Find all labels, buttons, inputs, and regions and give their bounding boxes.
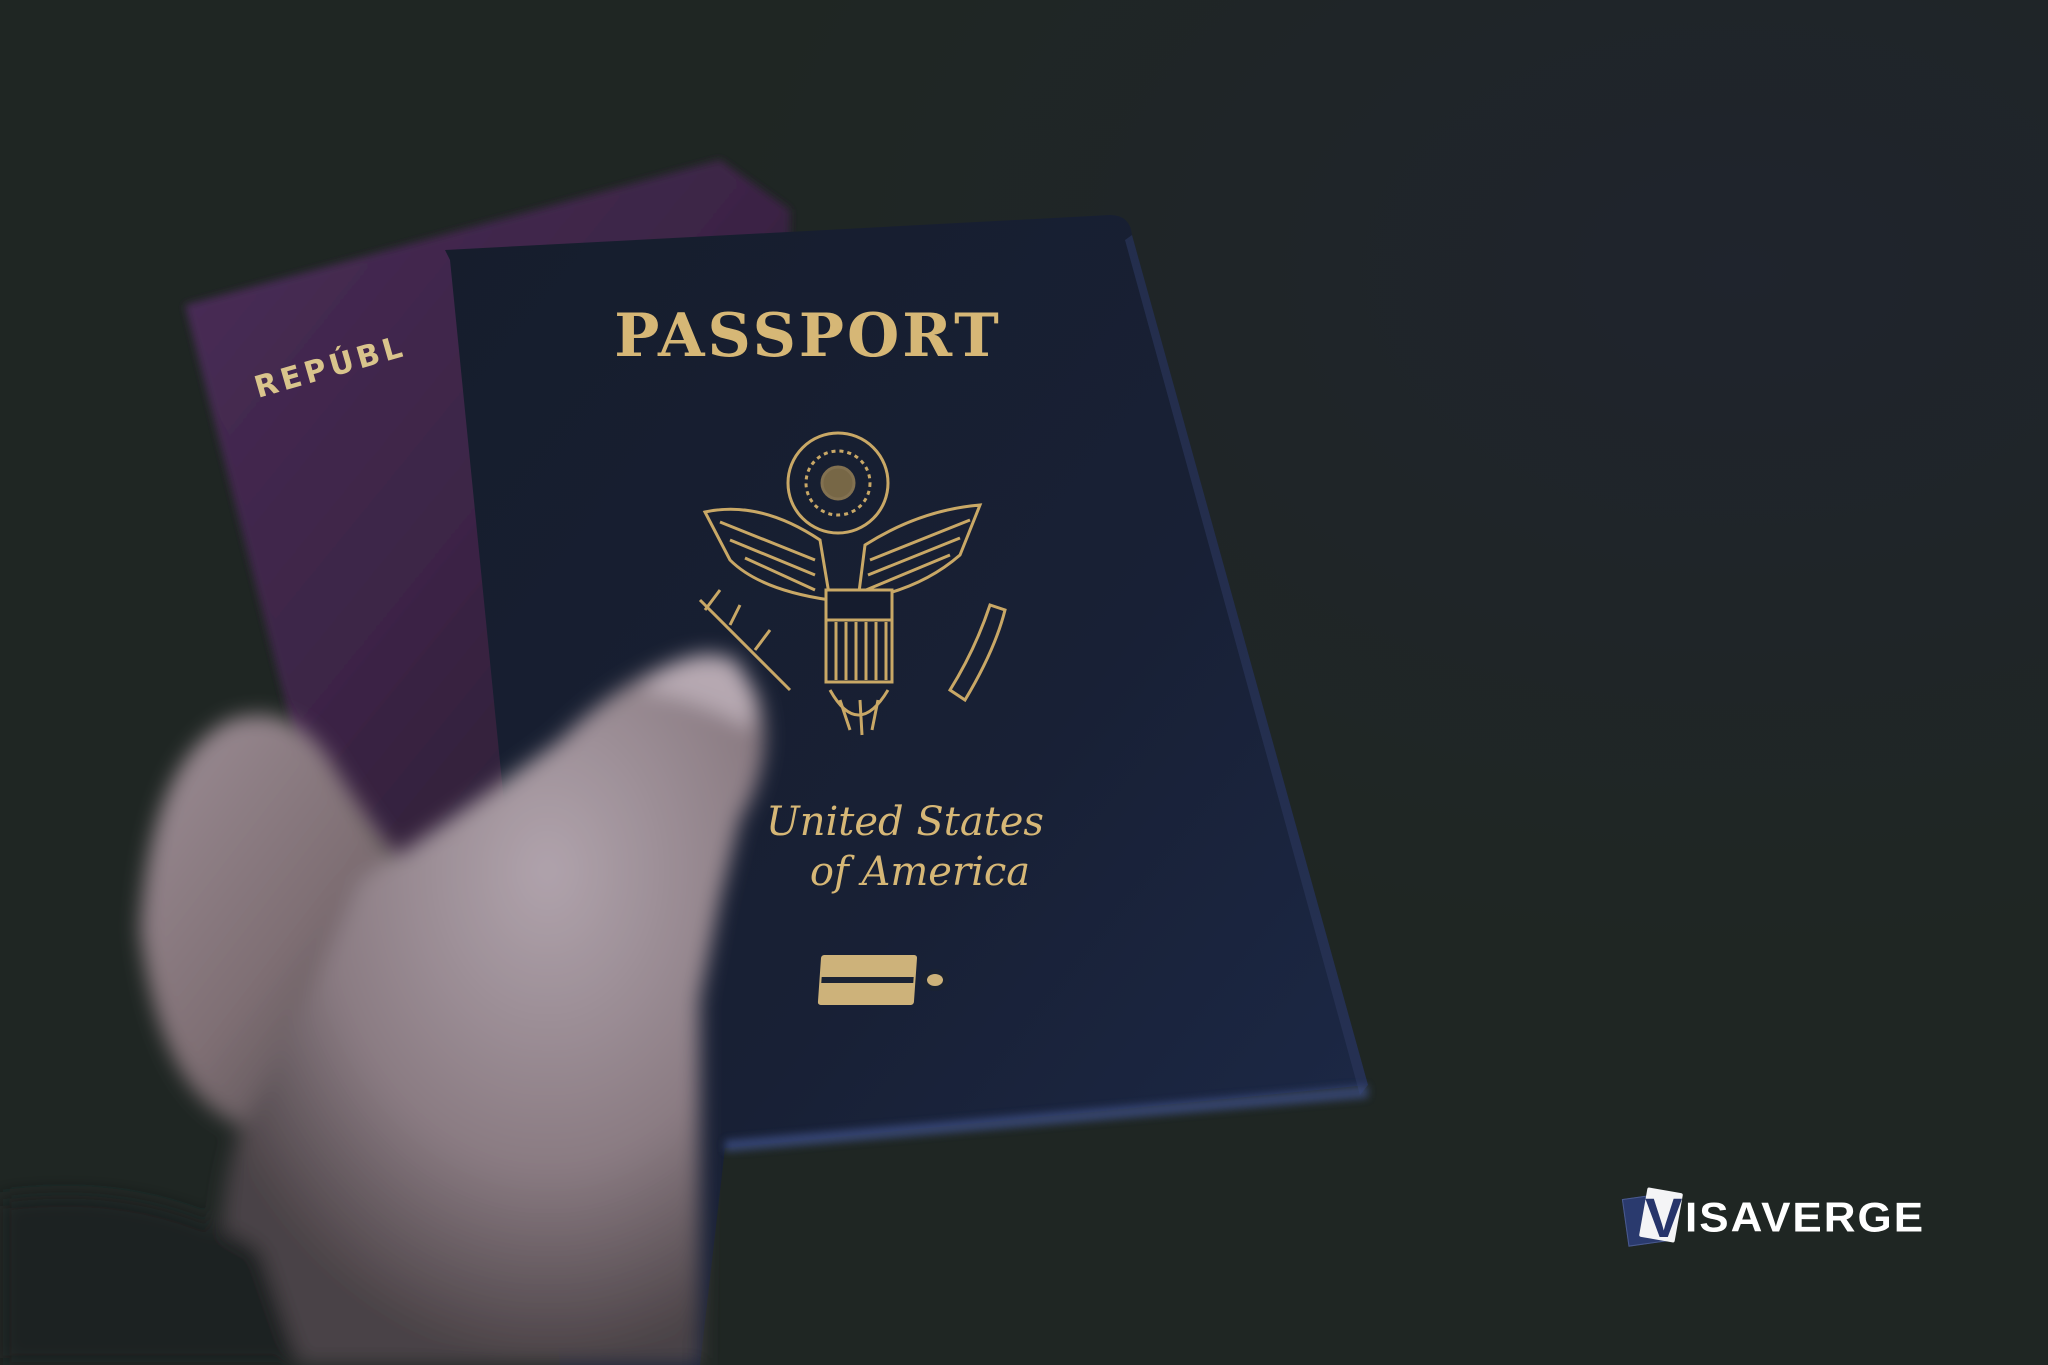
visaverge-watermark: V ISAVERGE bbox=[1625, 1188, 1925, 1248]
logo-v-letter: V bbox=[1645, 1192, 1680, 1244]
photo-canvas: REPÚBL PASSPORT bbox=[0, 0, 2048, 1365]
passport-title: PASSPORT bbox=[614, 301, 1002, 371]
logo-wordmark: ISAVERGE bbox=[1685, 1194, 1925, 1242]
photo: REPÚBL PASSPORT bbox=[0, 0, 2048, 1365]
country-name-line-2: of America bbox=[810, 849, 1030, 895]
passport-cards-icon: V bbox=[1625, 1188, 1687, 1248]
country-name-line-1: United States bbox=[766, 799, 1044, 845]
